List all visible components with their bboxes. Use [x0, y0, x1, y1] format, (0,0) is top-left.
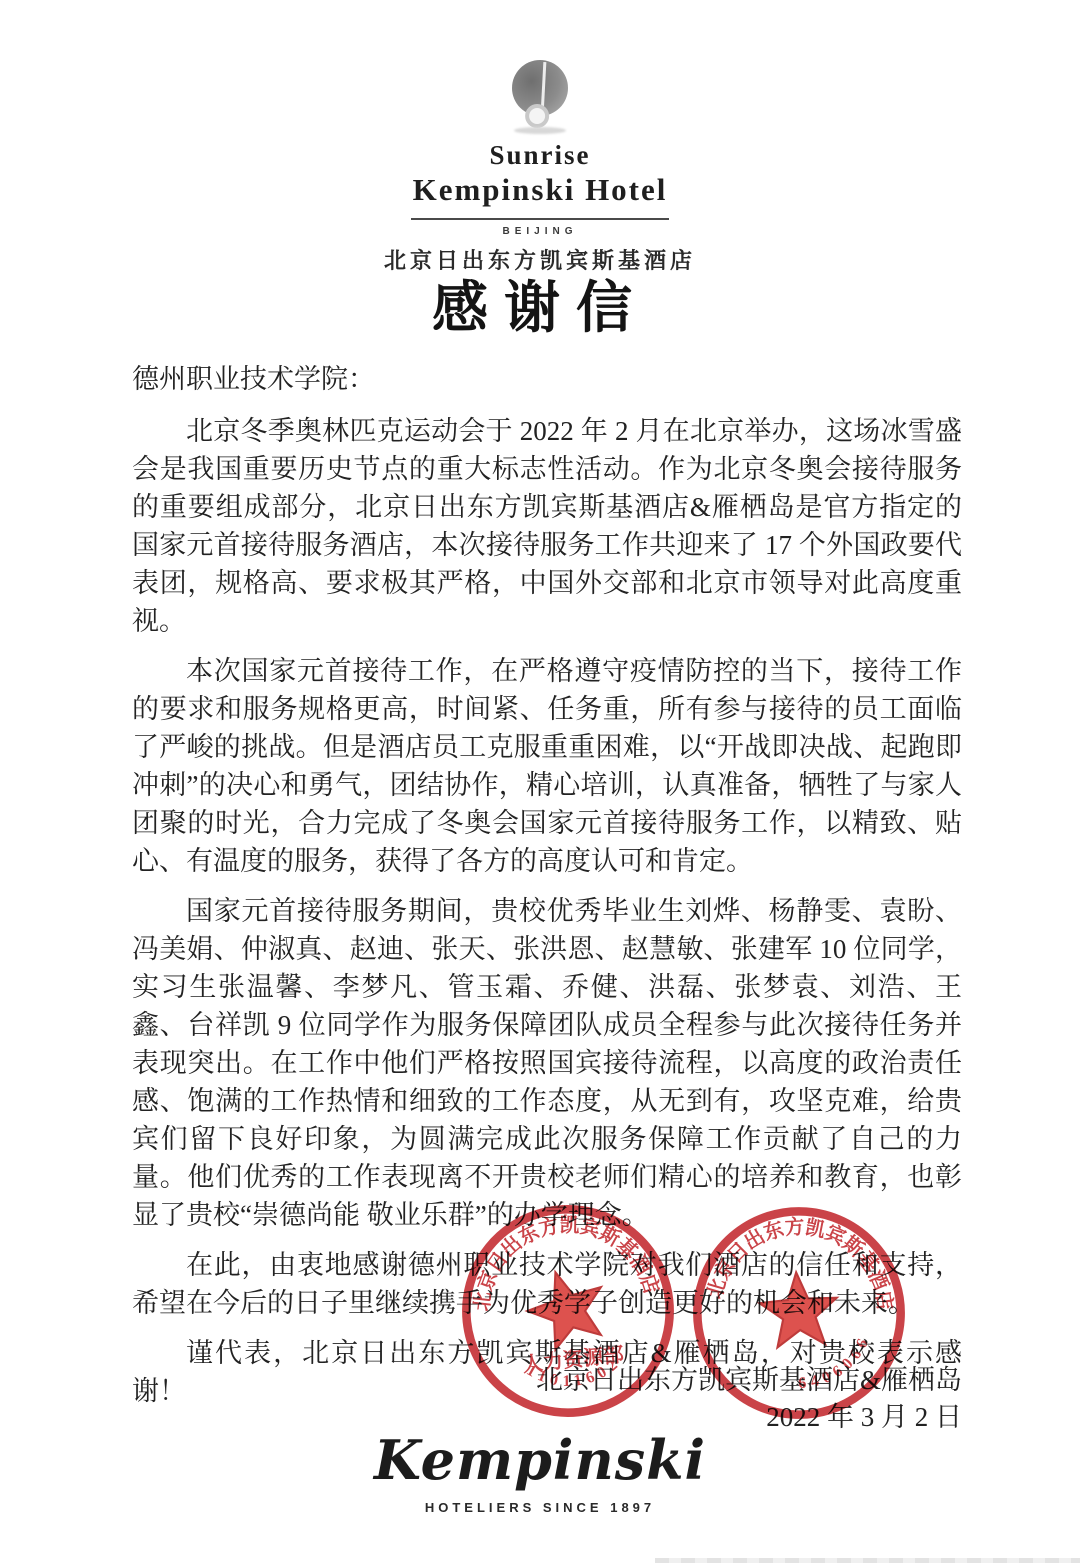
- footer-brand: Kempinski HOTELIERS SINCE 1897: [0, 1428, 1080, 1515]
- salutation: 德州职业技术学院：: [132, 360, 962, 398]
- sun-pearl-icon: [525, 104, 549, 128]
- letterhead-divider: [411, 218, 669, 220]
- paragraph-1: 北京冬季奥林匹克运动会于 2022 年 2 月在北京举办，这场冰雪盛会是我国重要…: [132, 412, 962, 640]
- red-seal-stamp-right: 北京日出东方凯宾斯基酒店 6406066: [685, 1199, 913, 1427]
- sunrise-sun-icon: [508, 60, 572, 134]
- stamp-right-star-icon: [758, 1270, 840, 1349]
- brand-name-top: Sunrise: [0, 140, 1080, 171]
- brand-name-bottom: Kempinski Hotel: [0, 172, 1080, 208]
- scan-edge-artifact: [655, 1558, 1080, 1563]
- stamp-right-svg: 北京日出东方凯宾斯基酒店 6406066: [685, 1199, 913, 1427]
- letterhead-city: BEIJING: [0, 226, 1080, 237]
- kempinski-logo: Kempinski: [0, 1428, 1080, 1492]
- kempinski-tagline: HOTELIERS SINCE 1897: [0, 1500, 1080, 1515]
- red-seal-stamp-left: 北京日出东方凯宾斯基酒店 人力资源部 11011602: [450, 1193, 685, 1428]
- letter-title: 感谢信: [0, 264, 1080, 344]
- paragraph-3: 国家元首接待服务期间，贵校优秀毕业生刘烨、杨静雯、袁盼、冯美娟、仲淑真、赵迪、张…: [132, 892, 962, 1234]
- letter-page: Sunrise Kempinski Hotel BEIJING 北京日出东方凯宾…: [0, 0, 1080, 1563]
- letterhead: Sunrise Kempinski Hotel BEIJING 北京日出东方凯宾…: [0, 60, 1080, 275]
- stamp-left-star-icon: [519, 1260, 615, 1354]
- stamp-left-svg: 北京日出东方凯宾斯基酒店 人力资源部 11011602: [450, 1193, 685, 1428]
- sun-reflection-icon: [514, 127, 566, 134]
- paragraph-2: 本次国家元首接待工作，在严格遵守疫情防控的当下，接待工作的要求和服务规格更高，时…: [132, 652, 962, 880]
